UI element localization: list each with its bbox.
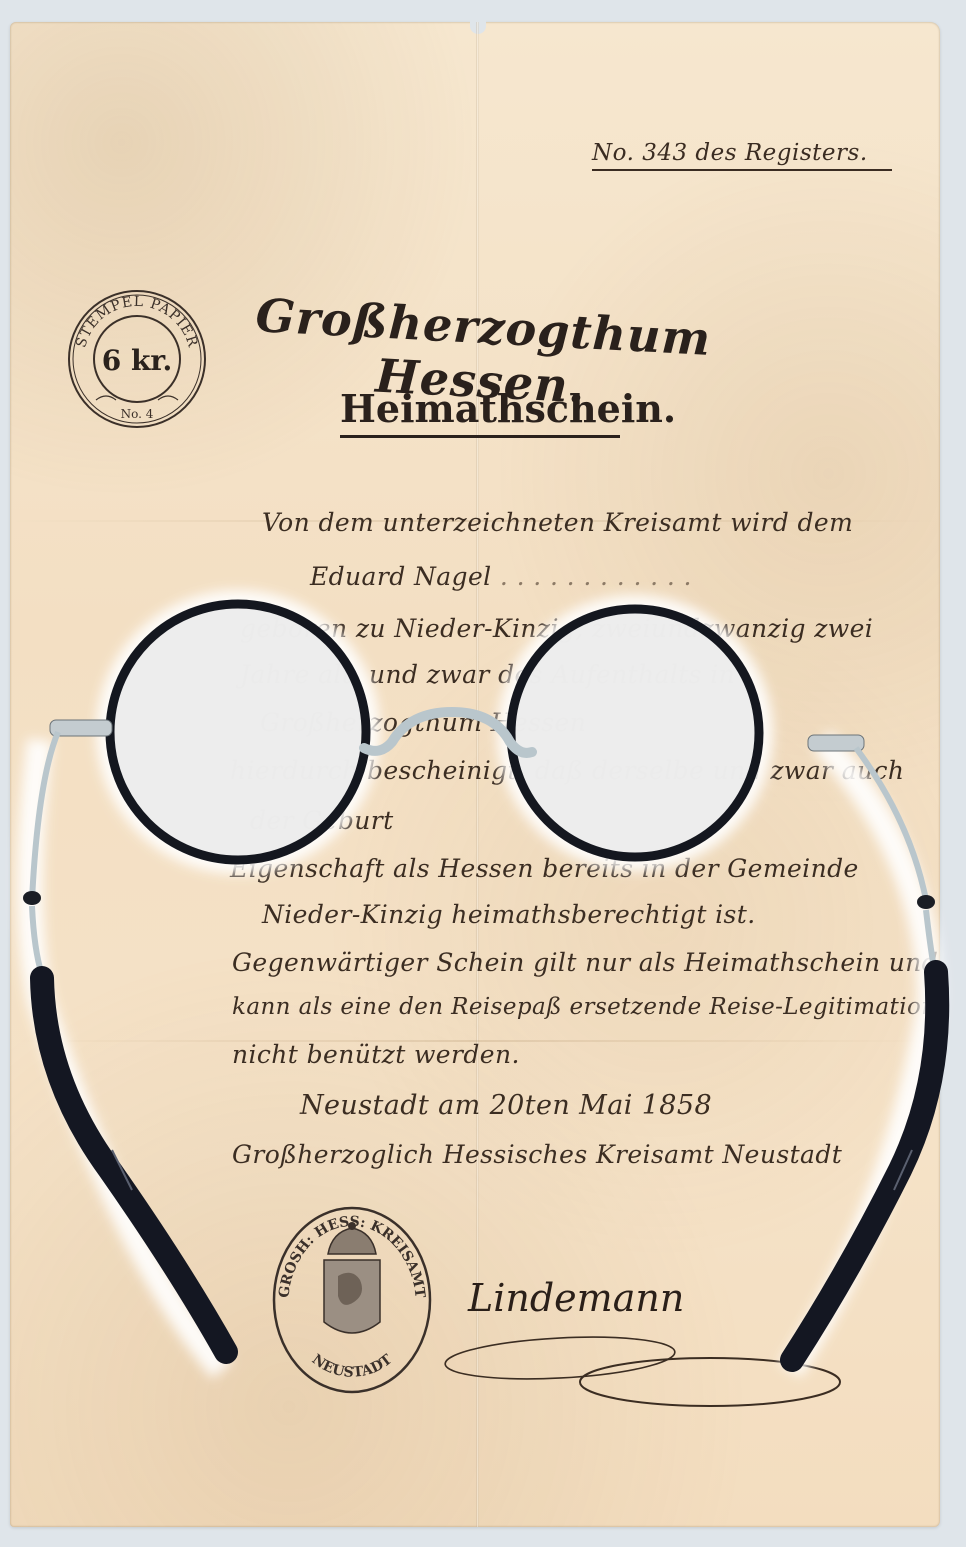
body-line: nicht benützt werden. [232, 1040, 520, 1069]
signature: Lindemann [468, 1276, 684, 1320]
stamp-ring-text: STEMPEL PAPIER [73, 294, 200, 350]
svg-text:STEMPEL PAPIER: STEMPEL PAPIER [73, 294, 200, 350]
body-line: geboren zu Nieder-Kinzig, zweiundzwanzig… [240, 614, 873, 643]
body-line: kann als eine den Reisepaß ersetzende Re… [232, 994, 936, 1020]
body-line: der Geburt [250, 806, 394, 835]
office-line: Großherzoglich Hessisches Kreisamt Neust… [232, 1140, 842, 1169]
body-line-name: Eduard Nagel [310, 562, 692, 591]
body-line: Jahre alt, und zwar des Aufenthalts in [240, 660, 735, 689]
kreisamt-seal: GROSH: HESS: KREISAMT NEUSTADT [266, 1196, 436, 1396]
body-line: Von dem unterzeichneten Kreisamt wird de… [262, 508, 853, 537]
registry-number: No. 343 des Registers. [592, 140, 892, 171]
body-line: Nieder-Kinzig heimathsberechtigt ist. [262, 900, 756, 929]
stamp-icon: STEMPEL PAPIER 6 kr. No. 4 [66, 288, 208, 430]
stempel-papier-stamp: STEMPEL PAPIER 6 kr. No. 4 [66, 288, 208, 430]
document-subtitle: Heimathschein. [340, 386, 620, 438]
stamp-number: No. 4 [121, 407, 154, 421]
stamp-value: 6 kr. [102, 344, 173, 377]
signature-flourish [430, 1320, 870, 1420]
body-line: Eigenschaft als Hessen bereits in der Ge… [230, 854, 859, 883]
svg-text:NEUSTADT: NEUSTADT [309, 1351, 396, 1381]
seal-icon: GROSH: HESS: KREISAMT NEUSTADT [266, 1196, 436, 1396]
body-line: hierdurch bescheinigt, daß derselbe und … [230, 756, 904, 785]
body-line: Großherzogthum Hessen [260, 708, 586, 737]
seal-ring-text-bottom: NEUSTADT [309, 1351, 396, 1381]
body-line: Gegenwärtiger Schein gilt nur als Heimat… [232, 948, 938, 977]
place-date: Neustadt am 20ten Mai 1858 [300, 1090, 712, 1121]
